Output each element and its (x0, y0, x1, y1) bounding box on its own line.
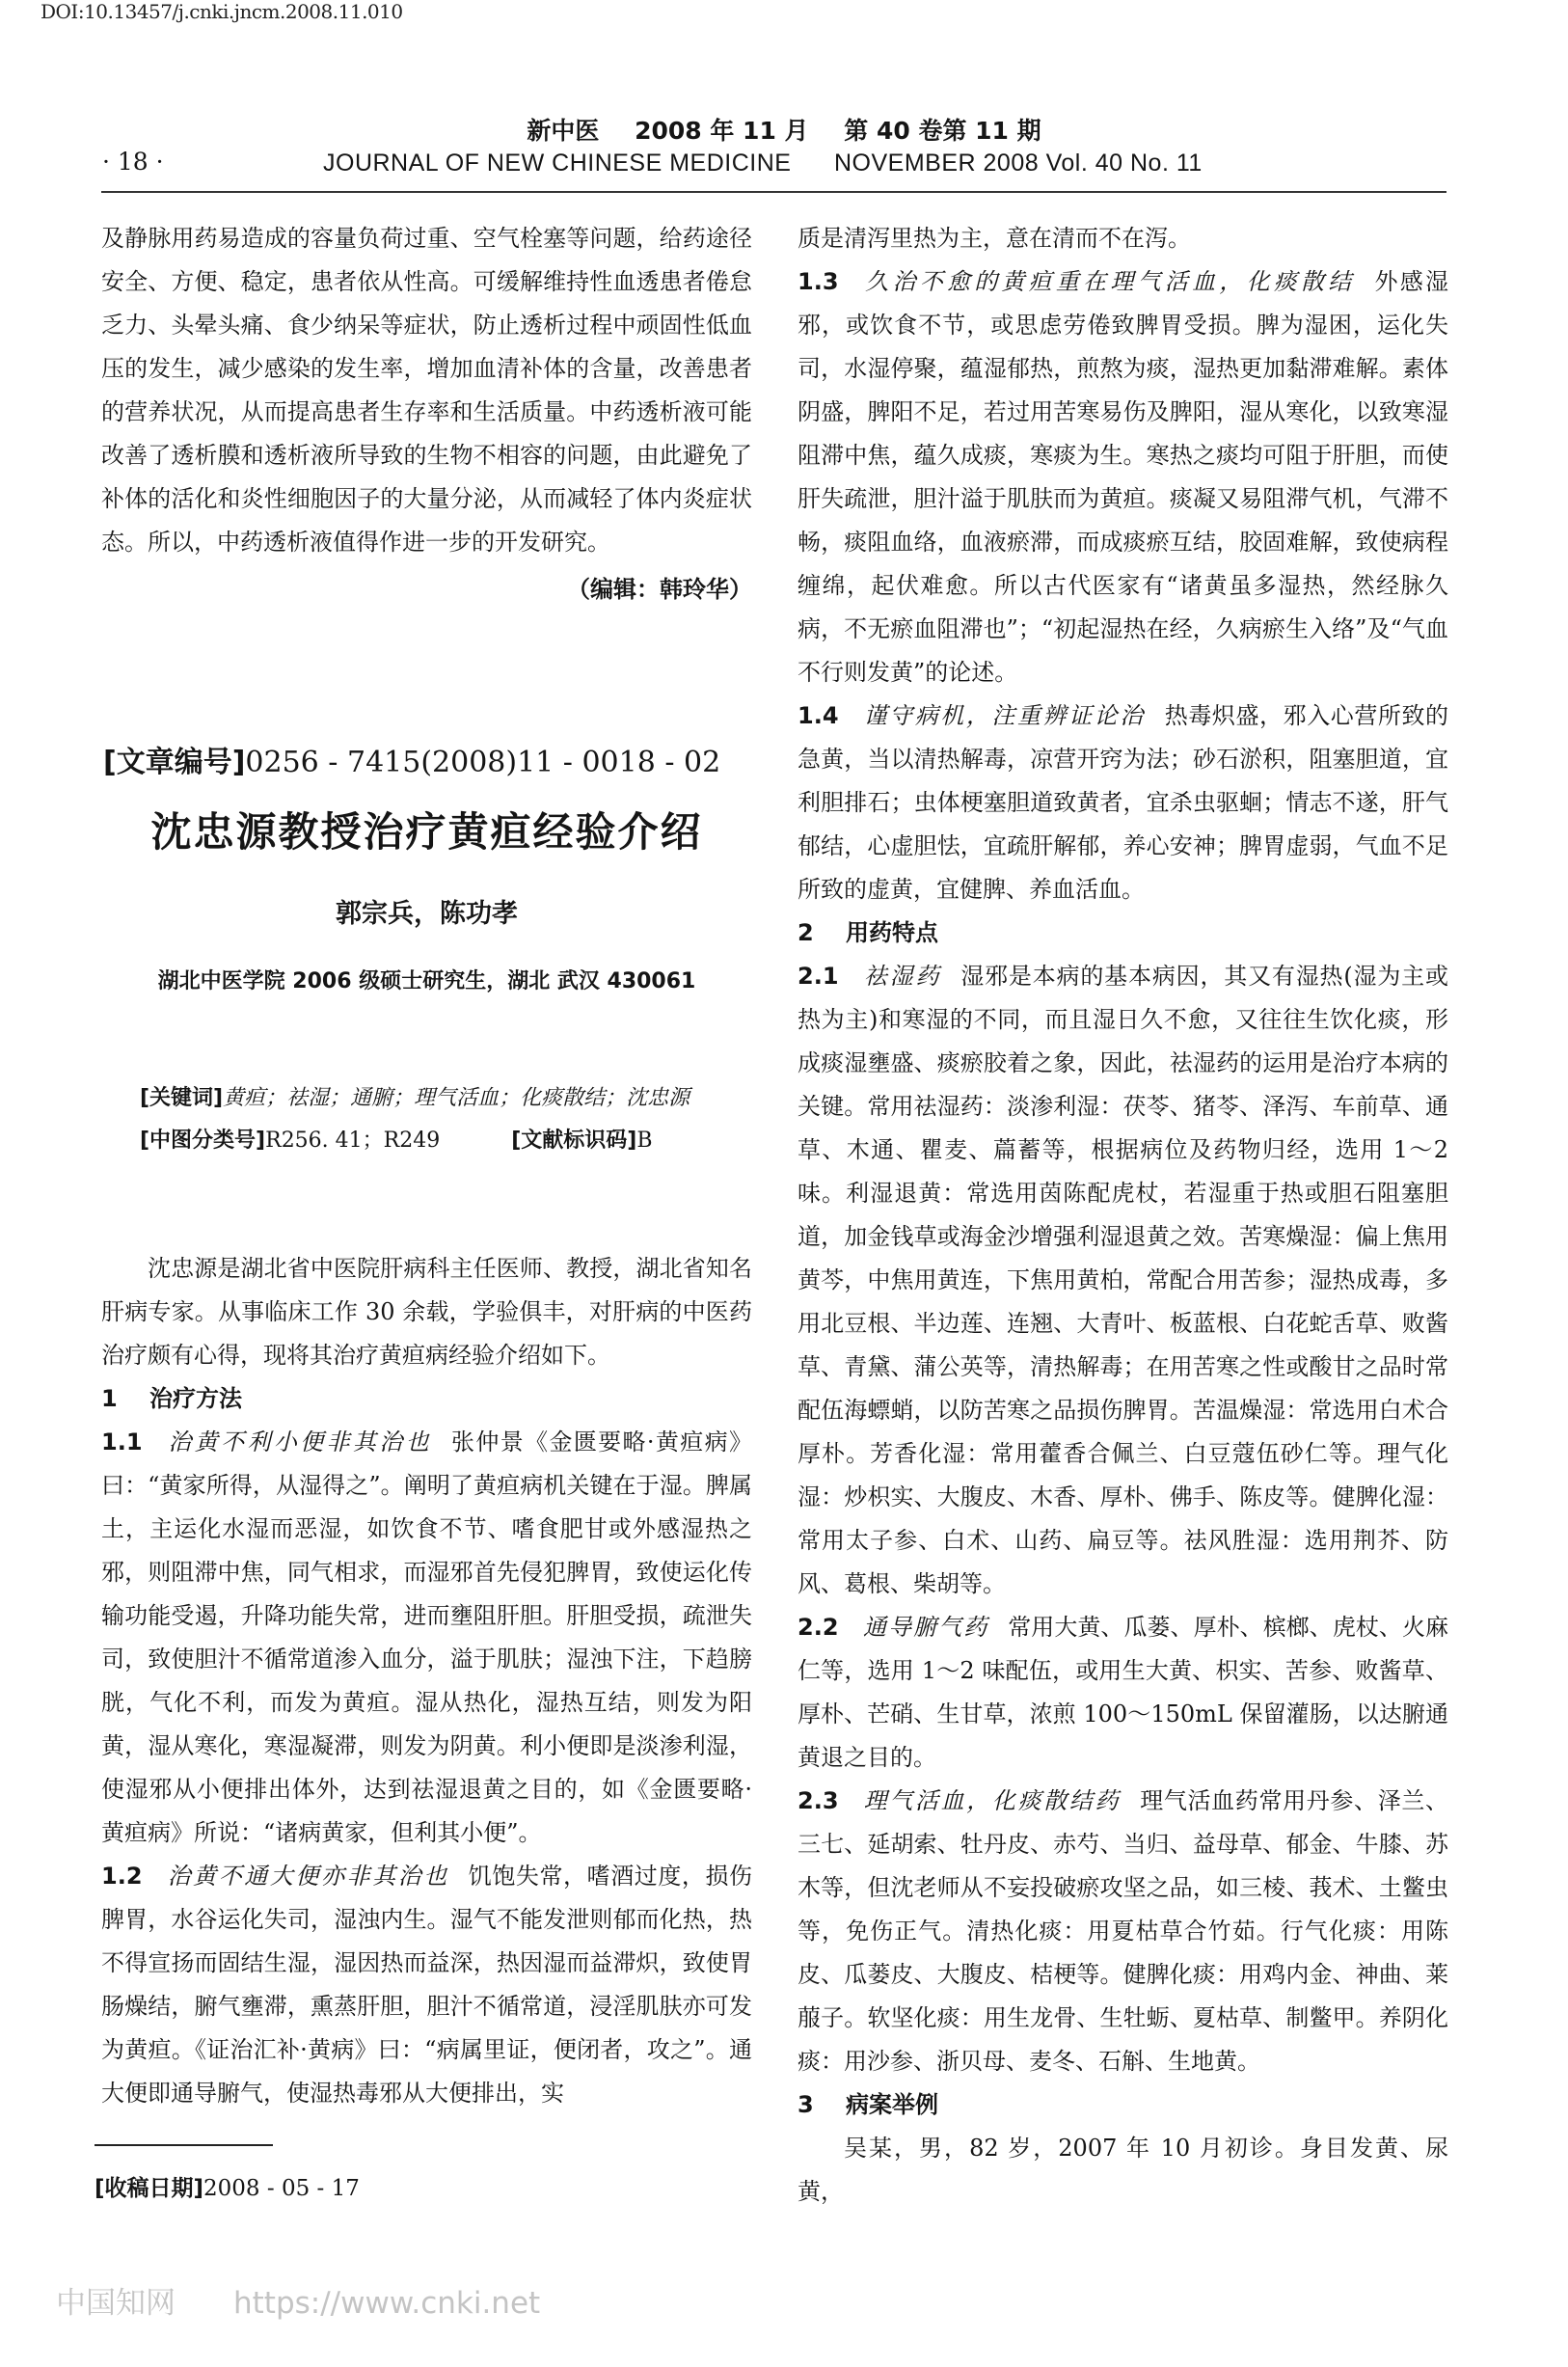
article-number-value: 0256 - 7415(2008)11 - 0018 - 02 (245, 746, 720, 779)
subsection-1-4: 1.4谨守病机，注重辨证论治热毒炽盛，邪入心营所致的急黄，当以清热解毒，凉营开窍… (798, 694, 1448, 911)
previous-article-paragraph: 及静脉用药易造成的容量负荷过重、空气栓塞等问题，给药途径安全、方便、稳定，患者依… (101, 217, 752, 564)
page-number: · 18 · (102, 148, 164, 176)
article-number: [文章编号]0256 - 7415(2008)11 - 0018 - 02 (103, 738, 720, 780)
subsection-title: 谨守病机，注重辨证论治 (863, 702, 1146, 729)
watermark-cn: 中国知网 (56, 2286, 176, 2321)
subsection-title: 理气活血，化痰散结药 (863, 1787, 1121, 1814)
header-rule (101, 191, 1446, 193)
classification-line: [中图分类号]R256. 41；R249 [文献标识码]B (140, 1120, 689, 1162)
journal-issue-en: NOVEMBER 2008 Vol. 40 No. 11 (834, 150, 1203, 177)
subsection-title: 治黄不通大便亦非其治也 (167, 1863, 449, 1890)
subsection-2-1: 2.1祛湿药湿邪是本病的基本病因，其又有湿热(湿为主或热为主)和寒湿的不同，而且… (798, 955, 1448, 1606)
clc-value: R256. 41；R249 (265, 1129, 440, 1153)
subsection-title: 通导腑气药 (863, 1614, 988, 1641)
subsection-1-1: 1.1治黄不利小便非其治也张仲景《金匮要略·黄疸病》曰：“黄家所得，从湿得之”。… (101, 1421, 752, 1855)
clc-label: [中图分类号] (140, 1129, 265, 1153)
article-body-right: 质是清泻里热为主，意在清而不在泻。 1.3久治不愈的黄疸重在理气活血，化痰散结外… (798, 217, 1448, 2214)
subsection-2-3: 2.3理气活血，化痰散结药理气活血药常用丹参、泽兰、三七、延胡索、牡丹皮、赤芍、… (798, 1780, 1448, 2083)
subsection-1-3: 1.3久治不愈的黄疸重在理气活血，化痰散结外感湿邪，或饮食不节，或思虑劳倦致脾胃… (798, 260, 1448, 694)
keywords-block: [关键词]黄疸；祛湿；通腑；理气活血；化痰散结；沈忠源 [中图分类号]R256.… (140, 1077, 689, 1162)
previous-article-tail: 及静脉用药易造成的容量负荷过重、空气栓塞等问题，给药途径安全、方便、稳定，患者依… (101, 217, 752, 612)
keywords-value: 黄疸；祛湿；通腑；理气活血；化痰散结；沈忠源 (223, 1086, 689, 1110)
subsection-1-2: 1.2治黄不通大便亦非其治也饥饱失常，嗜酒过度，损伤脾胃，水谷运化失司，湿浊内生… (101, 1855, 752, 2115)
journal-name-en: JOURNAL OF NEW CHINESE MEDICINE (323, 150, 791, 177)
doi-label: DOI:10.13457/j.cnki.jncm.2008.11.010 (41, 0, 403, 23)
received-label: [收稿日期] (95, 2176, 203, 2201)
article-body-left: 沈忠源是湖北省中医院肝病科主任医师、教授，湖北省知名肝病专家。从事临床工作 30… (101, 1247, 752, 2115)
received-value: 2008 - 05 - 17 (203, 2176, 360, 2201)
editor-credit: （编辑：韩玲华） (101, 568, 752, 612)
section-heading-2: 2用药特点 (798, 911, 1448, 955)
keywords-label: [关键词] (140, 1086, 223, 1110)
subsection-1-2-continued: 质是清泻里热为主，意在清而不在泻。 (798, 217, 1448, 260)
keywords-line: [关键词]黄疸；祛湿；通腑；理气活血；化痰散结；沈忠源 (140, 1077, 689, 1120)
subsection-title: 祛湿药 (863, 963, 941, 990)
journal-name-cn: 新中医 (527, 117, 599, 145)
watermark-url: https://www.cnki.net (233, 2286, 540, 2321)
article-affiliation: 湖北中医学院 2006 级硕士研究生，湖北 武汉 430061 (101, 965, 752, 994)
subsection-title: 治黄不利小便非其治也 (167, 1428, 432, 1456)
subsection-title: 久治不愈的黄疸重在理气活血，化痰散结 (863, 268, 1356, 295)
footnote-rule (95, 2144, 273, 2146)
journal-date-cn: 2008 年 11 月 (635, 117, 808, 145)
doc-code-value: B (636, 1129, 652, 1153)
received-date: [收稿日期]2008 - 05 - 17 (95, 2170, 360, 2202)
journal-header-cn: 新中医 2008 年 11 月 第 40 卷第 11 期 (0, 112, 1568, 147)
journal-issue-cn: 第 40 卷第 11 期 (844, 117, 1041, 145)
article-number-label: [文章编号] (103, 746, 245, 779)
section-heading-1: 1治疗方法 (101, 1377, 752, 1421)
subsection-2-2: 2.2通导腑气药常用大黄、瓜蒌、厚朴、槟榔、虎杖、火麻仁等，选用 1～2 味配伍… (798, 1606, 1448, 1780)
article-authors: 郭宗兵，陈功孝 (101, 892, 752, 930)
section-heading-3: 3病案举例 (798, 2083, 1448, 2127)
cnki-watermark: 中国知网https://www.cnki.net (56, 2278, 598, 2322)
doc-code-label: [文献标识码] (511, 1129, 636, 1153)
case-paragraph: 吴某，男，82 岁，2007 年 10 月初诊。身目发黄、尿黄， (798, 2127, 1448, 2214)
intro-paragraph: 沈忠源是湖北省中医院肝病科主任医师、教授，湖北省知名肝病专家。从事临床工作 30… (101, 1247, 752, 1377)
article-title: 沈忠源教授治疗黄疸经验介绍 (101, 801, 752, 858)
